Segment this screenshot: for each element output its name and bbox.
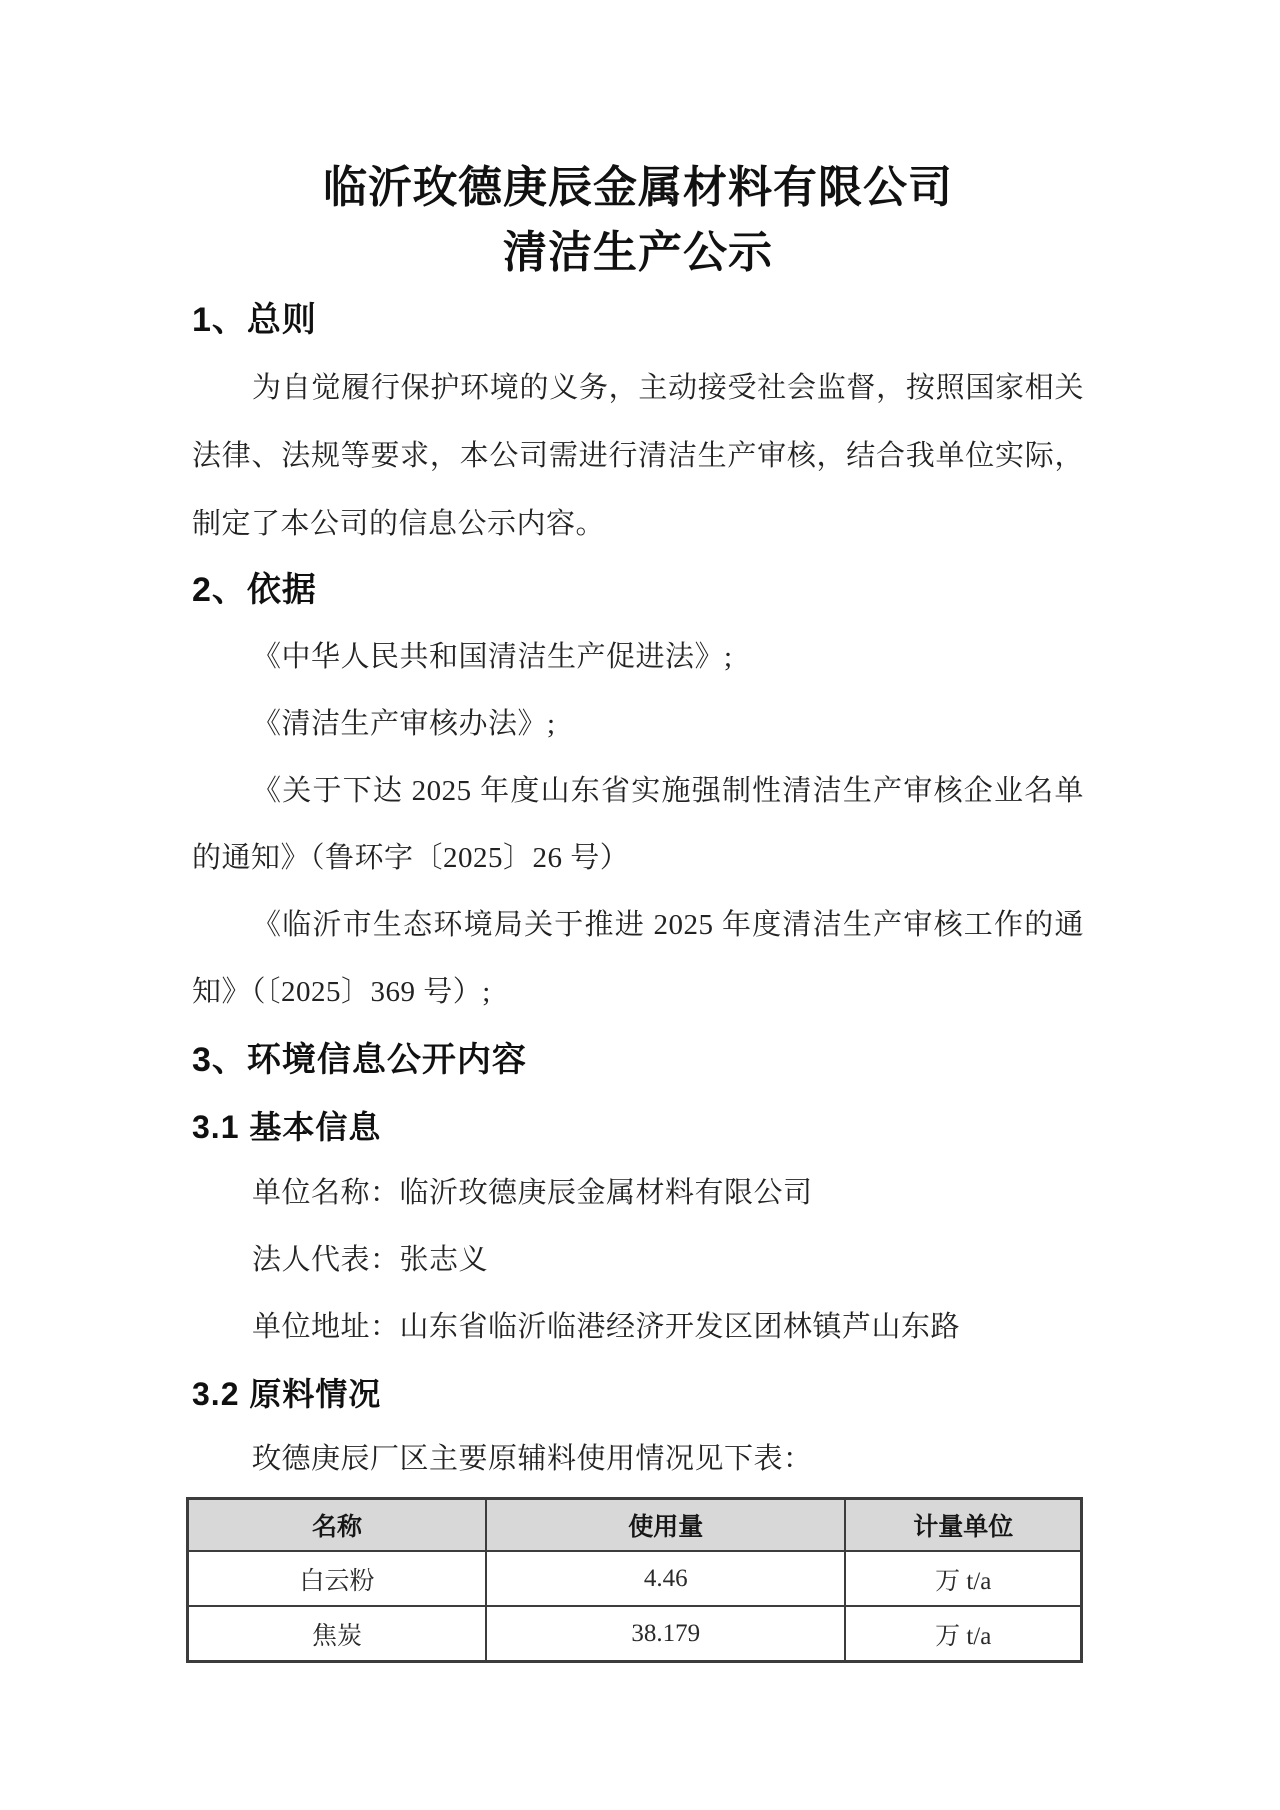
cell-material-usage: 4.46 <box>486 1551 845 1606</box>
section-2-reference-line: 《关于下达 2025 年度山东省实施强制性清洁生产审核企业名单 <box>192 758 1084 825</box>
document-title-line2: 清洁生产公示 <box>192 223 1084 283</box>
section-1-paragraph-line: 为自觉履行保护环境的义务，主动接受社会监督，按照国家相关 <box>192 354 1084 422</box>
cell-material-unit: 万 t/a <box>845 1606 1081 1662</box>
table-row: 白云粉 4.46 万 t/a <box>188 1551 1082 1606</box>
legal-representative-line: 法人代表：张志义 <box>192 1227 1084 1294</box>
cell-material-name: 焦炭 <box>188 1606 487 1662</box>
materials-table-intro: 玫德庚辰厂区主要原辅料使用情况见下表： <box>192 1426 1084 1493</box>
section-2-reference-line: 的通知》（鲁环字〔2025〕26 号） <box>192 825 1084 892</box>
company-address-line: 单位地址：山东省临沂临港经济开发区团林镇芦山东路 <box>192 1294 1084 1361</box>
section-3-heading: 3、环境信息公开内容 <box>192 1036 1084 1084</box>
section-3-2-heading: 3.2 原料情况 <box>192 1370 1084 1418</box>
section-2-reference-line: 知》（〔2025〕369 号）; <box>192 959 1084 1026</box>
section-1-paragraph-line: 法律、法规等要求，本公司需进行清洁生产审核，结合我单位实际， <box>192 422 1084 490</box>
table-row: 焦炭 38.179 万 t/a <box>188 1606 1082 1662</box>
company-name-line: 单位名称：临沂玫德庚辰金属材料有限公司 <box>192 1160 1084 1227</box>
document-page: 临沂玫德庚辰金属材料有限公司 清洁生产公示 1、总则 为自觉履行保护环境的义务，… <box>0 0 1280 1810</box>
section-1-paragraph-line: 制定了本公司的信息公示内容。 <box>192 490 1084 558</box>
materials-table: 名称 使用量 计量单位 白云粉 4.46 万 t/a 焦炭 38.179 万 t… <box>186 1497 1083 1663</box>
cell-material-usage: 38.179 <box>486 1606 845 1662</box>
cell-material-name: 白云粉 <box>188 1551 487 1606</box>
materials-table-header-row: 名称 使用量 计量单位 <box>188 1499 1082 1552</box>
header-cell-name: 名称 <box>188 1499 487 1552</box>
section-2-reference-line: 《中华人民共和国清洁生产促进法》; <box>192 624 1084 691</box>
section-1-heading: 1、总则 <box>192 296 1084 344</box>
cell-material-unit: 万 t/a <box>845 1551 1081 1606</box>
header-cell-usage: 使用量 <box>486 1499 845 1552</box>
document-title-line1: 临沂玫德庚辰金属材料有限公司 <box>192 158 1084 218</box>
section-2-reference-line: 《清洁生产审核办法》; <box>192 691 1084 758</box>
section-2-heading: 2、依据 <box>192 566 1084 614</box>
header-cell-unit: 计量单位 <box>845 1499 1081 1552</box>
section-3-1-heading: 3.1 基本信息 <box>192 1103 1084 1151</box>
section-2-reference-line: 《临沂市生态环境局关于推进 2025 年度清洁生产审核工作的通 <box>192 892 1084 959</box>
